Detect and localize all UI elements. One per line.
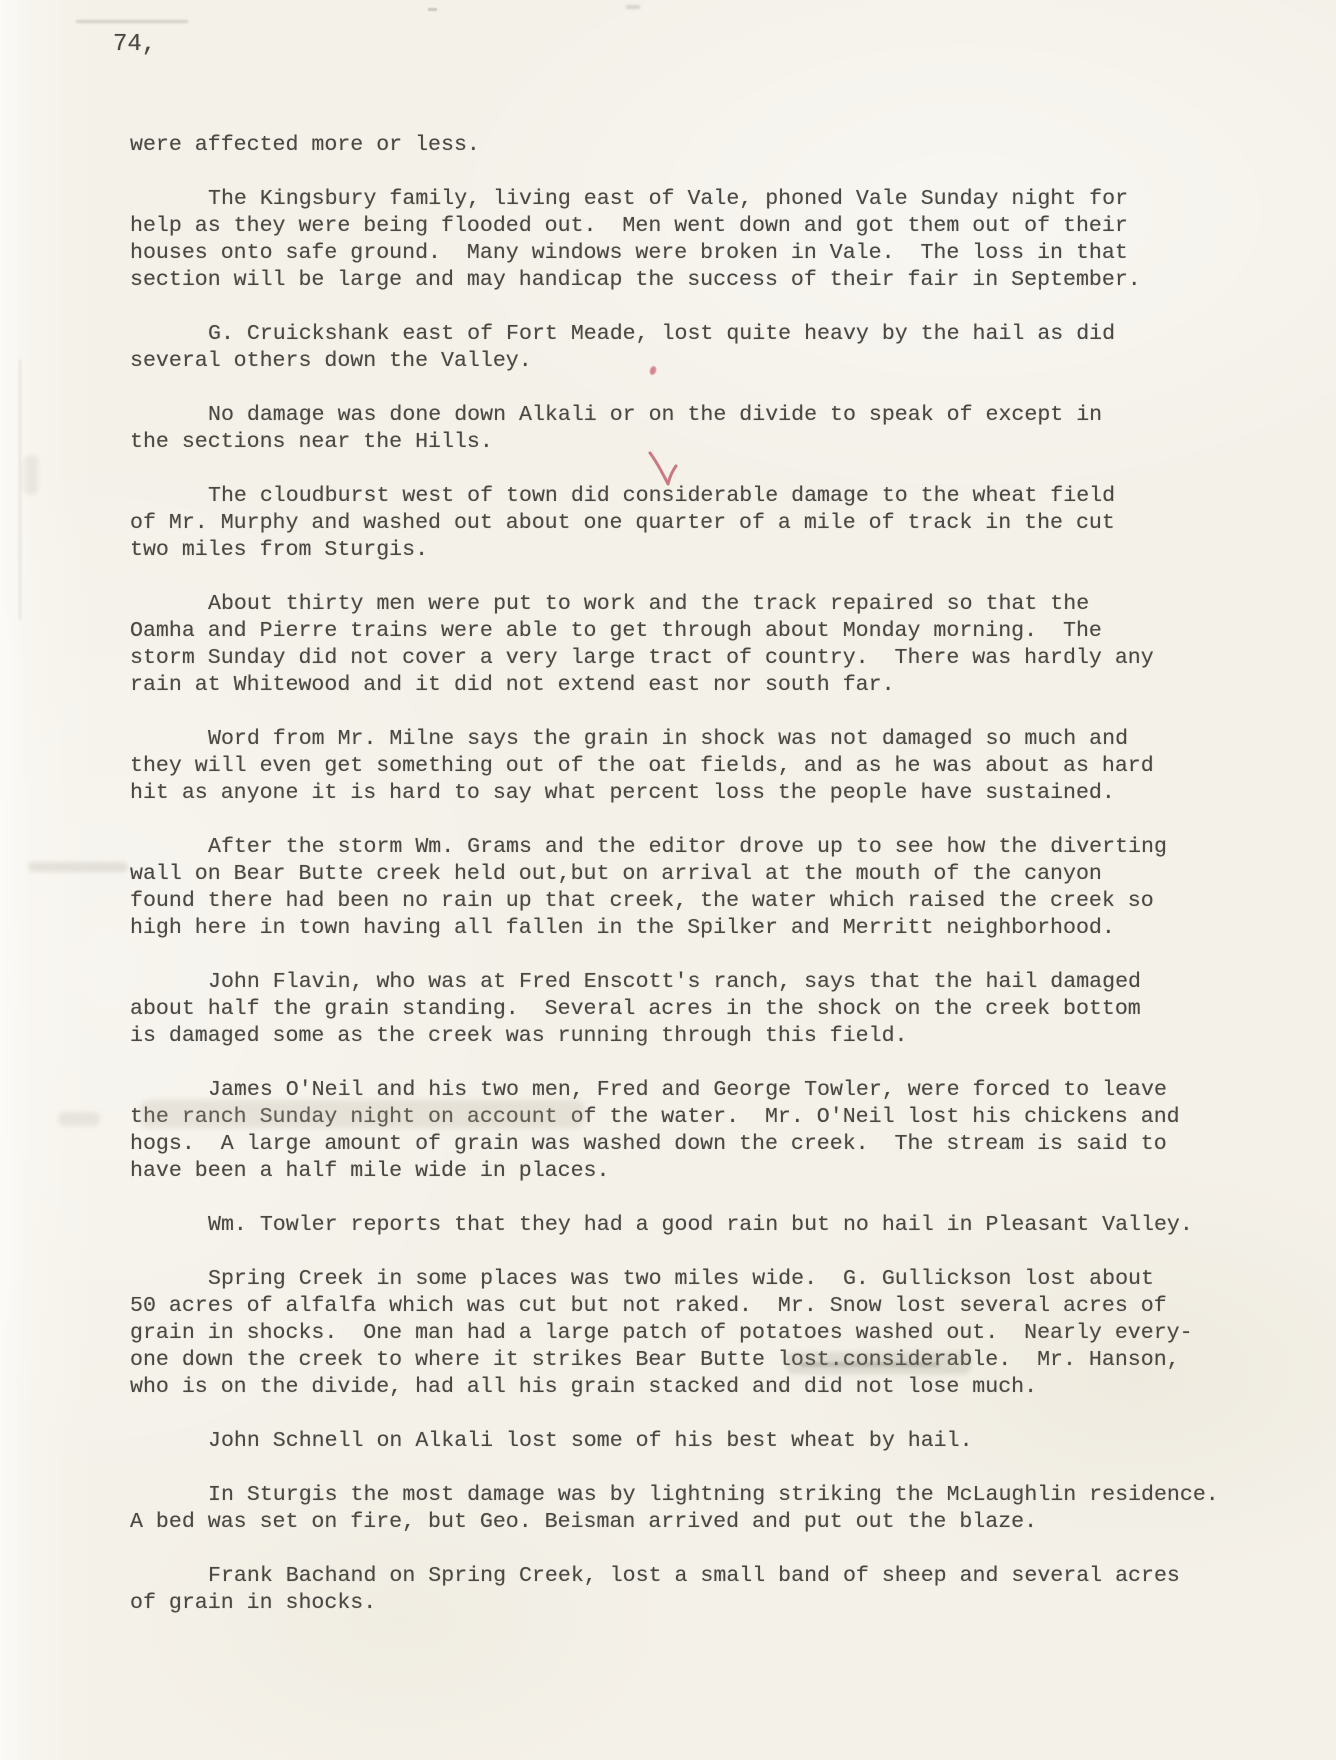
paragraph: After the storm Wm. Grams and the editor… xyxy=(130,834,1260,942)
paragraph: were affected more or less. xyxy=(130,132,1260,159)
margin-smudge xyxy=(58,1112,100,1126)
paragraph: Word from Mr. Milne says the grain in sh… xyxy=(130,726,1260,807)
paragraph: Spring Creek in some places was two mile… xyxy=(130,1266,1260,1401)
margin-smudge xyxy=(24,455,38,495)
page-number: 74, xyxy=(113,32,156,58)
document-body: were affected more or less.The Kingsbury… xyxy=(130,132,1260,1644)
scan-streak-top xyxy=(76,20,188,23)
paragraph: James O'Neil and his two men, Fred and G… xyxy=(130,1077,1260,1185)
paragraph: G. Cruickshank east of Fort Meade, lost … xyxy=(130,321,1260,375)
paragraph: No damage was done down Alkali or on the… xyxy=(130,402,1260,456)
paragraph: John Flavin, who was at Fred Enscott's r… xyxy=(130,969,1260,1050)
scan-streak-left xyxy=(19,360,21,620)
paragraph: About thirty men were put to work and th… xyxy=(130,591,1260,699)
paragraph: The cloudburst west of town did consider… xyxy=(130,483,1260,564)
scan-speck xyxy=(626,5,640,9)
paragraph: In Sturgis the most damage was by lightn… xyxy=(130,1482,1260,1536)
scan-speck xyxy=(428,8,437,11)
margin-smudge xyxy=(28,862,128,872)
paragraph: Frank Bachand on Spring Creek, lost a sm… xyxy=(130,1563,1260,1617)
paragraph: John Schnell on Alkali lost some of his … xyxy=(130,1428,1260,1455)
paragraph: Wm. Towler reports that they had a good … xyxy=(130,1212,1260,1239)
paragraph: The Kingsbury family, living east of Val… xyxy=(130,186,1260,294)
document-page: 74, were affected more or less.The Kings… xyxy=(0,0,1336,1760)
